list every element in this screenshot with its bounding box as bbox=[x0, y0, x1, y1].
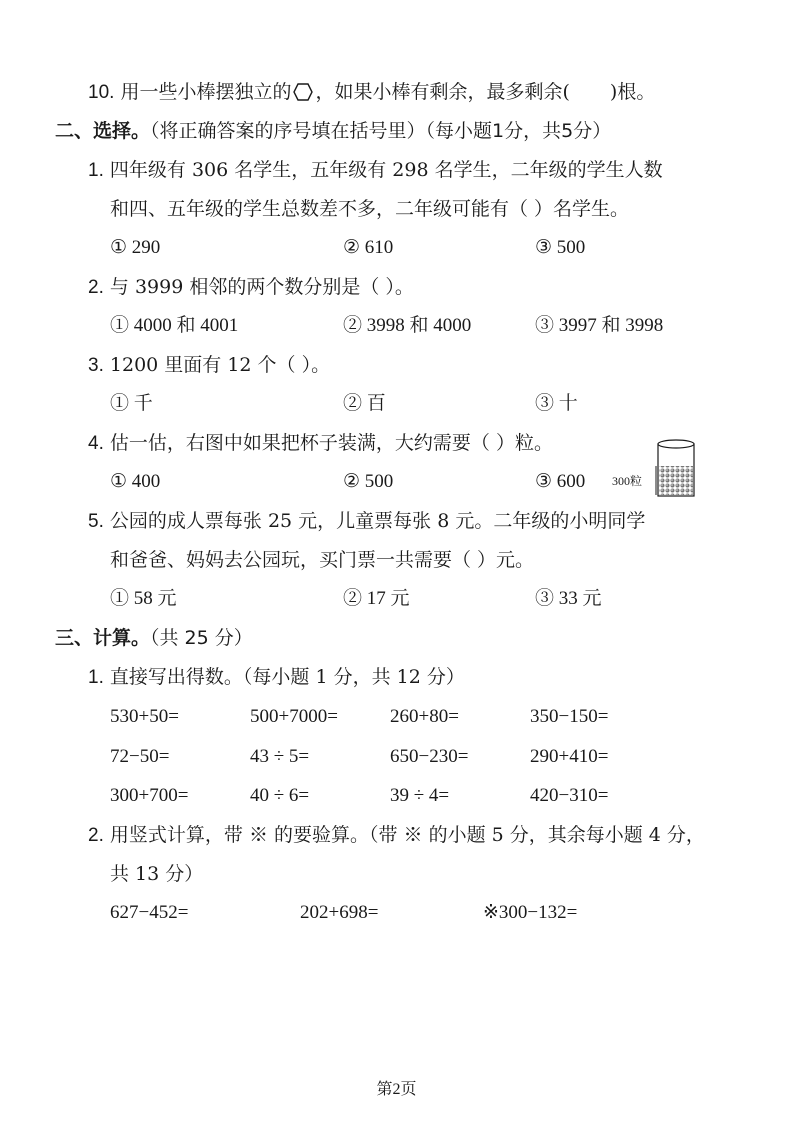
section-note: （共 25 分） bbox=[150, 627, 253, 649]
question-text: 用一些小棒摆独立的 bbox=[120, 81, 291, 103]
question-text: 共 13 分） bbox=[110, 863, 203, 885]
question-text: 估一估，右图中如果把杯子装满，大约需要（ ）粒。 bbox=[110, 432, 553, 454]
option-2[interactable]: ② 17 元 bbox=[343, 587, 410, 611]
option-3[interactable]: ③ 600 bbox=[535, 470, 585, 494]
option-3[interactable]: ③ 500 bbox=[535, 236, 585, 260]
choice-question-1: 1. 四年级有 306 名学生，五年级有 298 名学生，二年级的学生人数 bbox=[88, 158, 663, 183]
calc-item[interactable]: 290+410= bbox=[530, 745, 608, 769]
question-number: 10. bbox=[88, 82, 114, 103]
calc-item[interactable]: 530+50= bbox=[110, 705, 179, 729]
calc-item[interactable]: 40 ÷ 6= bbox=[250, 784, 309, 808]
question-number: 3. bbox=[88, 355, 104, 376]
calc-item[interactable]: 650−230= bbox=[390, 745, 468, 769]
question-text: 直接写出得数。（每小题 1 分，共 12 分） bbox=[110, 666, 465, 688]
question-text: 四年级有 306 名学生，五年级有 298 名学生，二年级的学生人数 bbox=[110, 159, 663, 181]
section-note: （将正确答案的序号填在括号里）（每小题1分，共5分） bbox=[150, 120, 611, 142]
calc-part-2: 2. 用竖式计算，带 ※ 的要验算。（带 ※ 的小题 5 分，其余每小题 4 分… bbox=[88, 823, 705, 848]
question-10: 10. 用一些小棒摆独立的，如果小棒有剩余，最多剩余()根。 bbox=[88, 80, 655, 107]
question-text-end: )根。 bbox=[610, 81, 655, 103]
option-2[interactable]: ② 3998 和 4000 bbox=[343, 314, 471, 338]
hexagon-icon bbox=[293, 83, 313, 107]
calc-item[interactable]: 420−310= bbox=[530, 784, 608, 808]
question-number: 2. bbox=[88, 825, 104, 846]
option-2[interactable]: ② 500 bbox=[343, 470, 393, 494]
question-text: 公园的成人票每张 25 元，儿童票每张 8 元。二年级的小明同学 bbox=[110, 510, 645, 532]
question-text: 与 3999 相邻的两个数分别是（ ）。 bbox=[110, 276, 414, 298]
section-title: 三、计算。 bbox=[55, 627, 150, 649]
calc-item[interactable]: 72−50= bbox=[110, 745, 169, 769]
calc-part-2-line2: 共 13 分） bbox=[110, 862, 203, 886]
calc-item[interactable]: 39 ÷ 4= bbox=[390, 784, 449, 808]
option-1[interactable]: ① 400 bbox=[110, 470, 160, 494]
question-number: 1. bbox=[88, 667, 104, 688]
calc-item[interactable]: 500+7000= bbox=[250, 705, 338, 729]
cup-with-beans-icon bbox=[655, 438, 699, 502]
calc-part-1: 1. 直接写出得数。（每小题 1 分，共 12 分） bbox=[88, 665, 465, 690]
choice-question-2: 2. 与 3999 相邻的两个数分别是（ ）。 bbox=[88, 275, 414, 300]
page-number: 第2页 bbox=[0, 1076, 793, 1099]
section-3-header: 三、计算。（共 25 分） bbox=[55, 626, 253, 650]
option-3[interactable]: ③ 3997 和 3998 bbox=[535, 314, 663, 338]
option-2[interactable]: ② 610 bbox=[343, 236, 393, 260]
calc-item[interactable]: 43 ÷ 5= bbox=[250, 745, 309, 769]
calc-item[interactable]: 260+80= bbox=[390, 705, 459, 729]
option-1[interactable]: ① 58 元 bbox=[110, 587, 177, 611]
option-3[interactable]: ③ 十 bbox=[535, 392, 578, 416]
section-title: 二、选择。 bbox=[55, 120, 150, 142]
option-3[interactable]: ③ 33 元 bbox=[535, 587, 602, 611]
calc-item[interactable]: 300+700= bbox=[110, 784, 188, 808]
option-2[interactable]: ② 百 bbox=[343, 392, 386, 416]
choice-question-4: 4. 估一估，右图中如果把杯子装满，大约需要（ ）粒。 bbox=[88, 431, 553, 456]
choice-question-5: 5. 公园的成人票每张 25 元，儿童票每张 8 元。二年级的小明同学 bbox=[88, 509, 645, 534]
question-number: 5. bbox=[88, 511, 104, 532]
calc-item[interactable]: 350−150= bbox=[530, 705, 608, 729]
option-1[interactable]: ① 4000 和 4001 bbox=[110, 314, 238, 338]
choice-question-3: 3. 1200 里面有 12 个（ ）。 bbox=[88, 353, 330, 378]
question-text: 和爸爸、妈妈去公园玩，买门票一共需要（ ）元。 bbox=[110, 549, 534, 571]
question-number: 4. bbox=[88, 433, 104, 454]
option-1[interactable]: ① 290 bbox=[110, 236, 160, 260]
option-1[interactable]: ① 千 bbox=[110, 392, 153, 416]
vertical-calc-item[interactable]: 627−452= bbox=[110, 901, 188, 925]
question-number: 1. bbox=[88, 160, 104, 181]
question-text: 用竖式计算，带 ※ 的要验算。（带 ※ 的小题 5 分，其余每小题 4 分， bbox=[110, 824, 705, 846]
question-text-cont: ，如果小棒有剩余，最多剩余( bbox=[315, 81, 569, 103]
cup-label: 300粒 bbox=[612, 472, 642, 489]
choice-question-5-line2: 和爸爸、妈妈去公园玩，买门票一共需要（ ）元。 bbox=[110, 548, 534, 572]
question-number: 2. bbox=[88, 277, 104, 298]
section-2-header: 二、选择。（将正确答案的序号填在括号里）（每小题1分，共5分） bbox=[55, 119, 611, 143]
vertical-calc-item[interactable]: ※300−132= bbox=[483, 901, 577, 925]
question-text: 1200 里面有 12 个（ ）。 bbox=[110, 354, 330, 376]
question-text: 和四、五年级的学生总数差不多，二年级可能有（ ）名学生。 bbox=[110, 198, 629, 220]
choice-question-1-line2: 和四、五年级的学生总数差不多，二年级可能有（ ）名学生。 bbox=[110, 197, 629, 221]
vertical-calc-item[interactable]: 202+698= bbox=[300, 901, 378, 925]
